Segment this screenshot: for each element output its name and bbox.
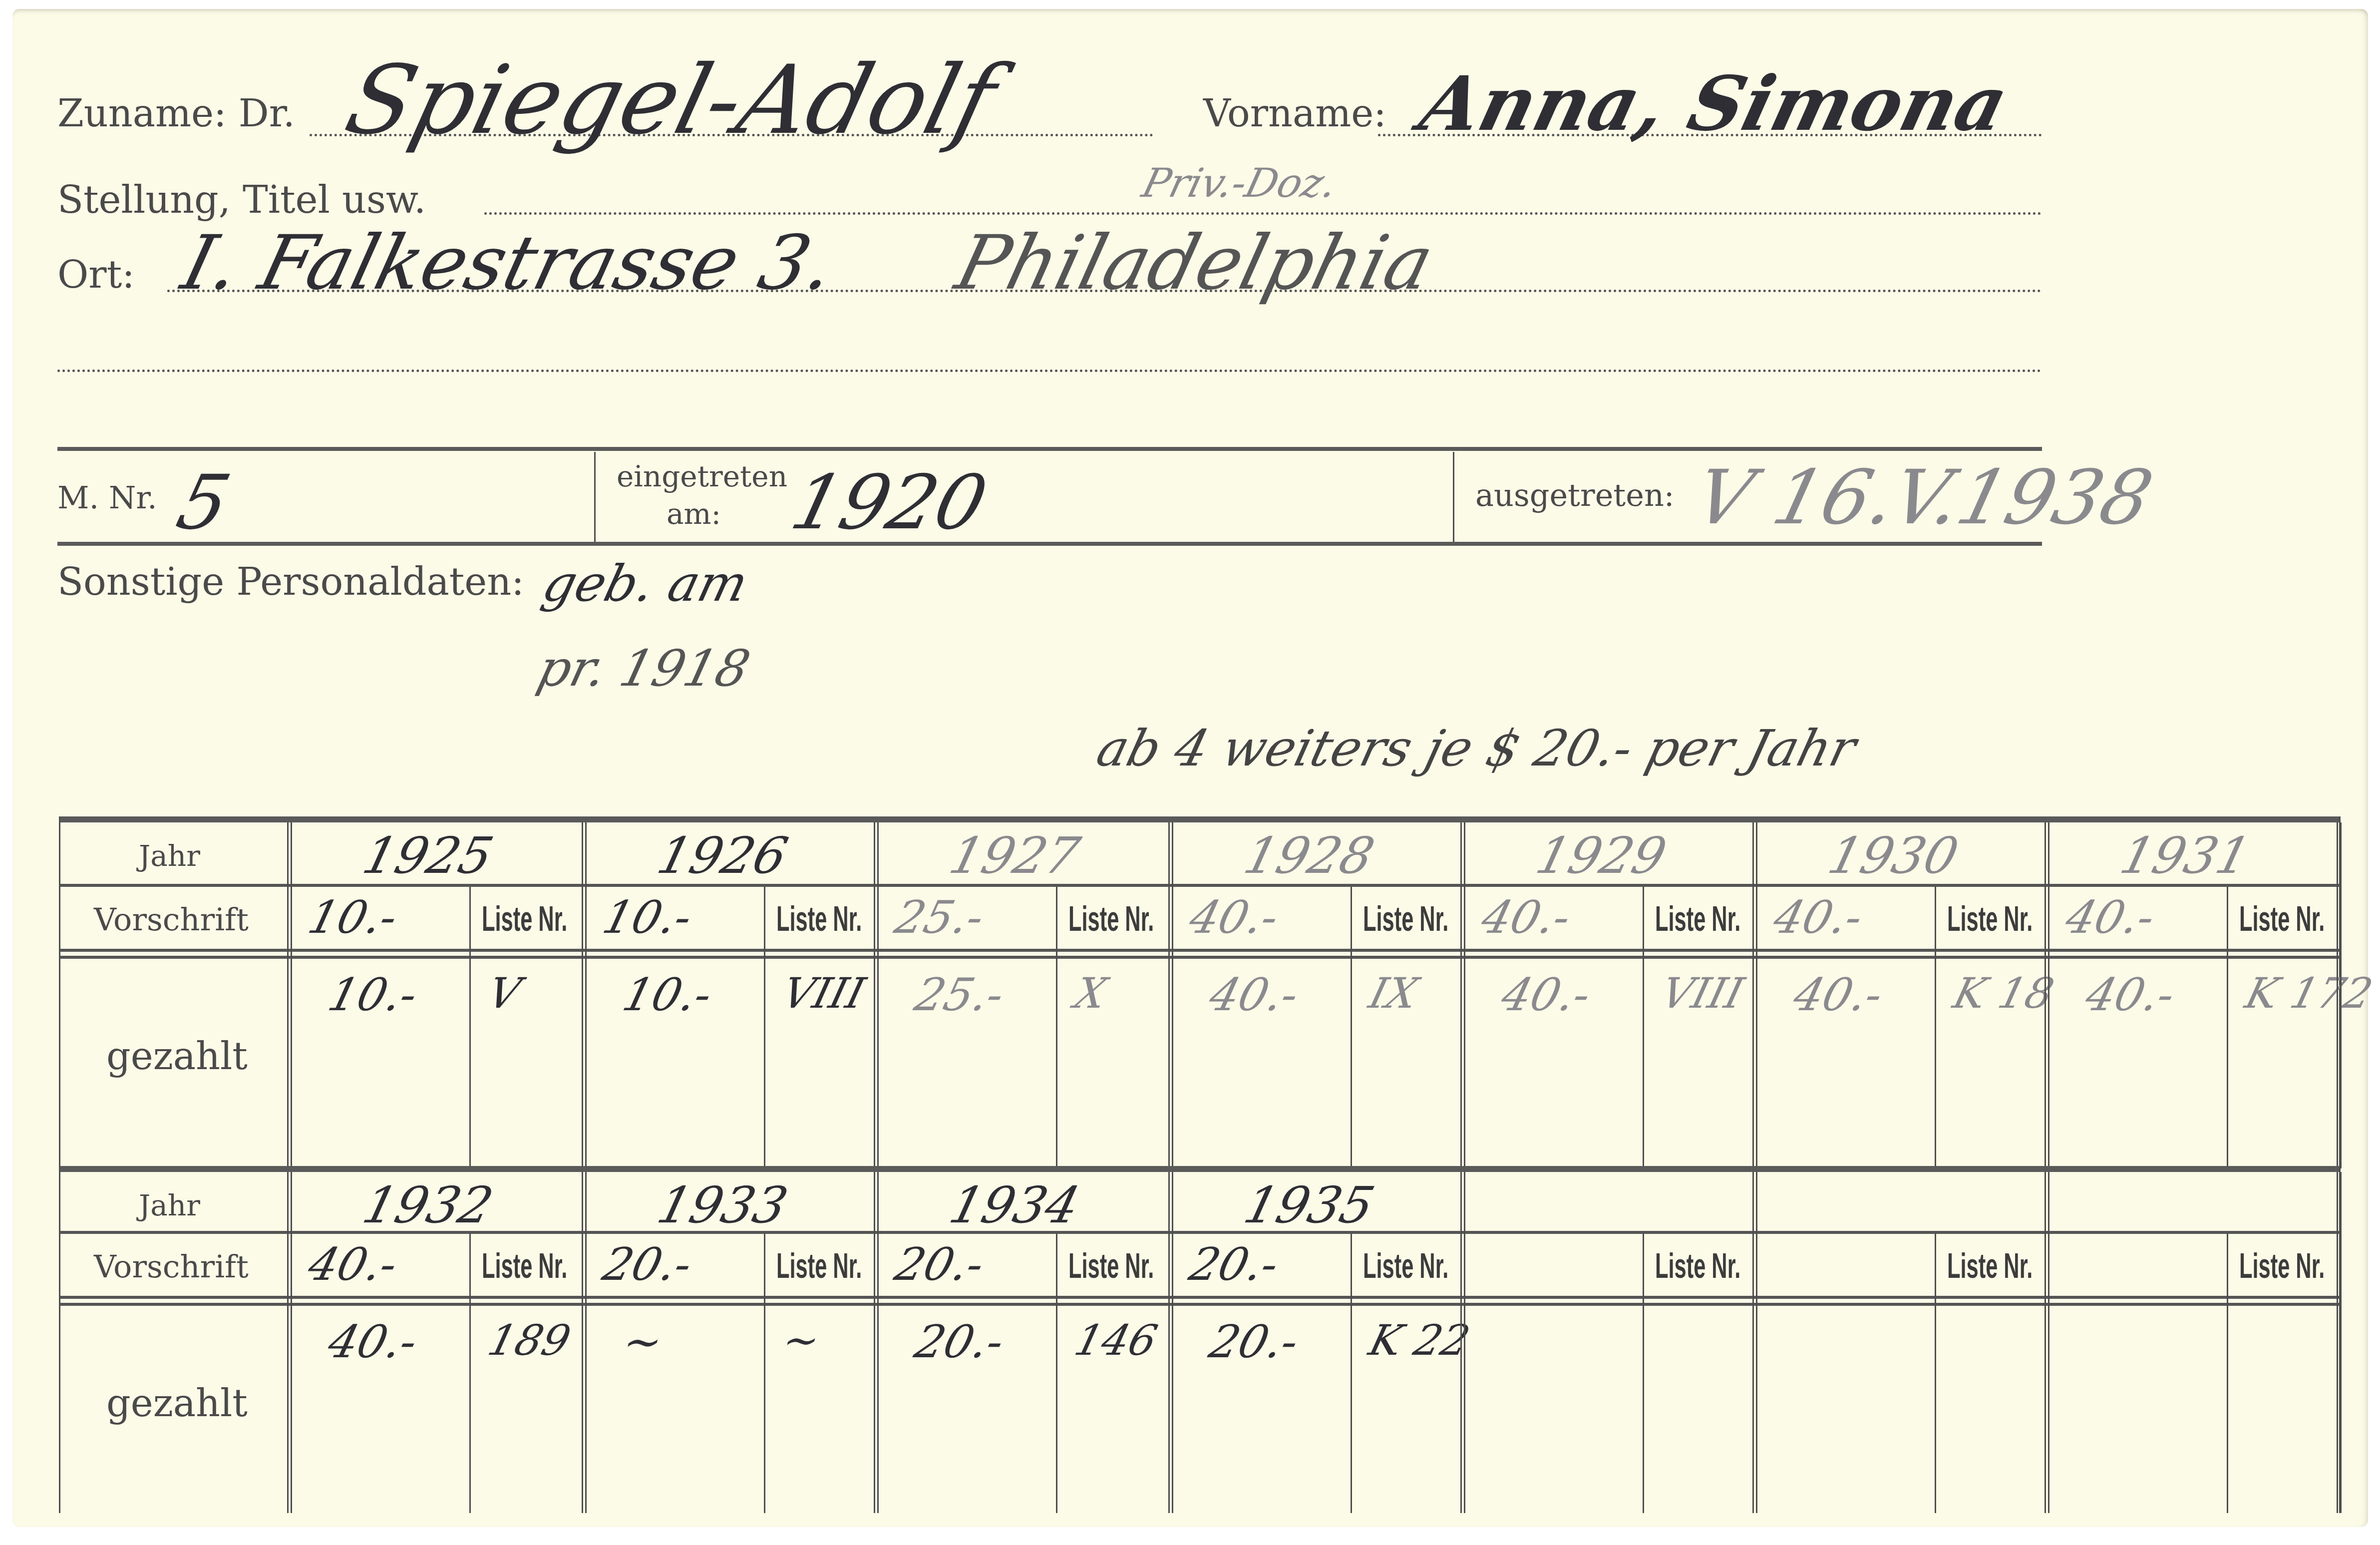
column-divider — [287, 822, 292, 1168]
liste-divider — [1935, 1234, 1936, 1513]
year-value: 1935 — [1238, 1176, 1380, 1234]
ort-label: Ort: — [57, 252, 135, 297]
column-divider — [1460, 822, 1465, 1168]
vorname-label: Vorname: — [1203, 91, 1386, 135]
note: ab 4 weiters je $ 20.- per Jahr — [1091, 719, 1862, 777]
vorschrift-value: 10.- — [598, 891, 697, 944]
liste-value: K 22 — [1364, 1316, 1475, 1365]
column-divider — [582, 822, 587, 1168]
divider-1 — [594, 452, 596, 542]
vorschrift-value: 20.- — [890, 1238, 990, 1291]
ort-value-city: Philadelphia — [948, 220, 1441, 307]
sonstige-value-1: geb. am — [537, 554, 753, 613]
liste-divider — [2227, 887, 2228, 1168]
liste-nr-label: Liste Nr. — [776, 1246, 862, 1286]
liste-nr-label: Liste Nr. — [1363, 1246, 1448, 1286]
gezahlt-value: 40.- — [323, 1316, 423, 1368]
eingetreten-value: 1920 — [783, 459, 995, 546]
year-value: 1930 — [1822, 826, 1964, 885]
liste-nr-label: Liste Nr. — [776, 899, 862, 939]
ort-value: I. Falkestrasse 3. — [174, 220, 843, 307]
year-value: 1932 — [357, 1176, 499, 1234]
liste-value: 189 — [483, 1316, 576, 1365]
table-rule-top — [59, 1166, 2339, 1172]
row-label-gezahlt: gezahlt — [106, 1381, 248, 1425]
liste-divider — [1351, 887, 1352, 1168]
year-value: 1929 — [1530, 826, 1672, 885]
gezahlt-value: 10.- — [618, 969, 717, 1021]
liste-nr-label: Liste Nr. — [1655, 1246, 1740, 1286]
table-left-border — [59, 1166, 60, 1513]
vorschrift-value: 40.- — [1768, 891, 1868, 944]
column-divider — [1168, 1172, 1173, 1513]
mnr-label: M. Nr. — [57, 479, 157, 516]
gezahlt-value: 40.- — [2080, 969, 2180, 1021]
liste-nr-label: Liste Nr. — [1947, 899, 2033, 939]
liste-value: K 18 — [1949, 969, 2059, 1018]
liste-nr-label: Liste Nr. — [482, 1246, 567, 1286]
gezahlt-value: 10.- — [323, 969, 423, 1021]
zuname-value: Spiegel-Adolf — [336, 45, 1006, 155]
vorschrift-value: 40.- — [2060, 891, 2160, 944]
gezahlt-value: 25.- — [910, 969, 1010, 1021]
gezahlt-value: 20.- — [910, 1316, 1010, 1368]
vorschrift-value: 10.- — [303, 891, 403, 944]
liste-divider — [469, 1234, 471, 1513]
stellung-line — [484, 212, 2042, 215]
row-label-jahr: Jahr — [139, 839, 200, 873]
year-value: 1927 — [944, 826, 1085, 885]
vorschrift-value: 20.- — [598, 1238, 697, 1291]
column-divider — [287, 1172, 292, 1513]
zuname-label: Zuname: Dr. — [57, 91, 295, 135]
divider-2 — [1453, 452, 1454, 542]
column-divider — [1752, 1172, 1757, 1513]
table-left-border — [59, 816, 60, 1168]
gezahlt-value: 40.- — [1204, 969, 1304, 1021]
rule-bottom — [57, 542, 2042, 546]
gezahlt-value: 40.- — [1496, 969, 1596, 1021]
table-rule-vorschrift — [59, 1296, 2339, 1299]
liste-nr-label: Liste Nr. — [2239, 1246, 2325, 1286]
year-value: 1925 — [357, 826, 499, 885]
column-divider — [2337, 822, 2342, 1168]
liste-nr-label: Liste Nr. — [1068, 1246, 1154, 1286]
liste-divider — [764, 887, 765, 1168]
liste-nr-label: Liste Nr. — [1363, 899, 1448, 939]
liste-nr-label: Liste Nr. — [1655, 899, 1740, 939]
year-value: 1926 — [652, 826, 793, 885]
year-value: 1931 — [2114, 826, 2256, 885]
liste-value: K 172 — [2241, 969, 2378, 1018]
liste-divider — [1643, 1234, 1644, 1513]
table-rule-vorschrift-2 — [59, 956, 2339, 959]
column-divider — [1460, 1172, 1465, 1513]
liste-value: 146 — [1070, 1316, 1162, 1365]
column-divider — [2337, 1172, 2342, 1513]
year-value: 1928 — [1238, 826, 1380, 885]
gezahlt-value: 40.- — [1788, 969, 1888, 1021]
sonstige-value-2: pr. 1918 — [532, 639, 755, 698]
sonstige-label: Sonstige Personaldaten: — [57, 559, 524, 604]
liste-divider — [764, 1234, 765, 1513]
rule-top — [57, 447, 2042, 451]
vorschrift-value: 40.- — [1476, 891, 1576, 944]
column-divider — [1752, 822, 1757, 1168]
liste-nr-label: Liste Nr. — [1068, 899, 1154, 939]
vorschrift-value: 25.- — [890, 891, 990, 944]
eingetreten-label-am: am: — [667, 497, 721, 531]
column-divider — [1168, 822, 1173, 1168]
row-label-vorschrift: Vorschrift — [94, 901, 249, 938]
vorschrift-value: 40.- — [1184, 891, 1284, 944]
liste-nr-label: Liste Nr. — [1947, 1246, 2033, 1286]
ausgetreten-value: V 16.V.1938 — [1687, 454, 2160, 541]
eingetreten-label: eingetreten — [617, 459, 787, 493]
liste-divider — [1643, 887, 1644, 1168]
ausgetreten-label: ausgetreten: — [1475, 477, 1675, 513]
liste-divider — [1056, 887, 1057, 1168]
row-label-vorschrift: Vorschrift — [94, 1248, 249, 1285]
liste-nr-label: Liste Nr. — [482, 899, 567, 939]
stellung-label: Stellung, Titel usw. — [57, 177, 426, 222]
row-label-jahr: Jahr — [139, 1188, 200, 1222]
column-divider — [874, 1172, 879, 1513]
table-rule-top — [59, 816, 2339, 822]
liste-value: VIII — [778, 969, 870, 1018]
column-divider — [582, 1172, 587, 1513]
blank-line — [57, 370, 2042, 372]
liste-value: VIII — [1657, 969, 1749, 1018]
liste-divider — [2227, 1234, 2228, 1513]
table-rule-vorschrift-2 — [59, 1303, 2339, 1306]
vorname-value: Anna, Simona — [1412, 60, 2016, 148]
gezahlt-value: 20.- — [1204, 1316, 1304, 1368]
table-rule-vorschrift — [59, 949, 2339, 952]
vorschrift-value: 20.- — [1184, 1238, 1284, 1291]
year-value: 1933 — [652, 1176, 793, 1234]
liste-divider — [1935, 887, 1936, 1168]
liste-nr-label: Liste Nr. — [2239, 899, 2325, 939]
year-value: 1934 — [944, 1176, 1085, 1234]
liste-divider — [1351, 1234, 1352, 1513]
column-divider — [2044, 1172, 2049, 1513]
stellung-value: Priv.-Doz. — [1137, 160, 1342, 206]
column-divider — [2044, 822, 2049, 1168]
liste-divider — [1056, 1234, 1057, 1513]
liste-divider — [469, 887, 471, 1168]
column-divider — [874, 822, 879, 1168]
row-label-gezahlt: gezahlt — [106, 1034, 248, 1078]
vorschrift-value: 40.- — [303, 1238, 403, 1291]
